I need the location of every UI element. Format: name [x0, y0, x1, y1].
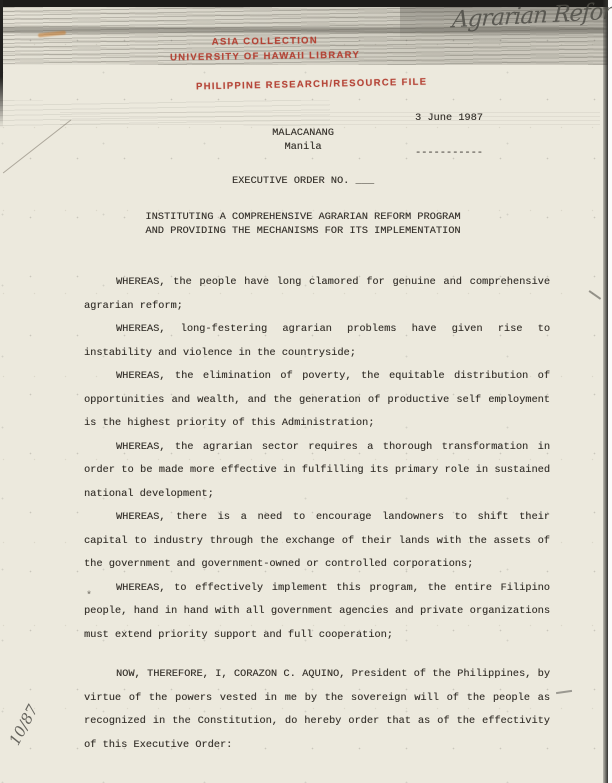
document-body: WHEREAS, the people have long clamored f… — [84, 271, 550, 757]
letterhead-malacanang: MALACANANG — [0, 127, 606, 139]
whereas-paragraph-2: WHEREAS, long-festering agrarian problem… — [84, 318, 550, 365]
letterhead-manila: Manila — [0, 141, 606, 153]
order-number-line: EXECUTIVE ORDER NO. ___ — [0, 175, 606, 187]
pencil-tick-mark — [589, 290, 601, 299]
scan-streaks-mid — [60, 112, 600, 126]
whereas-paragraph-5: WHEREAS, there is a need to encourage la… — [84, 506, 550, 577]
ordering-paragraph: NOW, THEREFORE, I, CORAZON C. AQUINO, Pr… — [84, 663, 550, 757]
document-title-line-1: INSTITUTING A COMPREHENSIVE AGRARIAN REF… — [0, 211, 606, 223]
whereas-paragraph-1: WHEREAS, the people have long clamored f… — [84, 271, 550, 318]
handwritten-date-note: 10/87 — [6, 702, 42, 749]
scanned-document-page: Agrarian Reform 10/87 ASIA COLLECTION UN… — [0, 0, 612, 783]
whereas-paragraph-4: WHEREAS, the agrarian sector requires a … — [84, 436, 550, 507]
document-date: 3 June 1987 — [415, 113, 483, 125]
library-stamp-philippine-file: PHILIPPINE RESEARCH/RESOURCE FILE — [196, 77, 428, 93]
whereas-paragraph-6: WHEREAS, to effectively implement this p… — [84, 577, 550, 648]
document-title-line-2: AND PROVIDING THE MECHANISMS FOR ITS IMP… — [0, 225, 606, 237]
pencil-dash-mark — [556, 690, 572, 694]
stray-margin-mark: * — [86, 591, 92, 602]
whereas-paragraph-3: WHEREAS, the elimination of poverty, the… — [84, 365, 550, 436]
scanner-white-margin — [608, 0, 612, 783]
